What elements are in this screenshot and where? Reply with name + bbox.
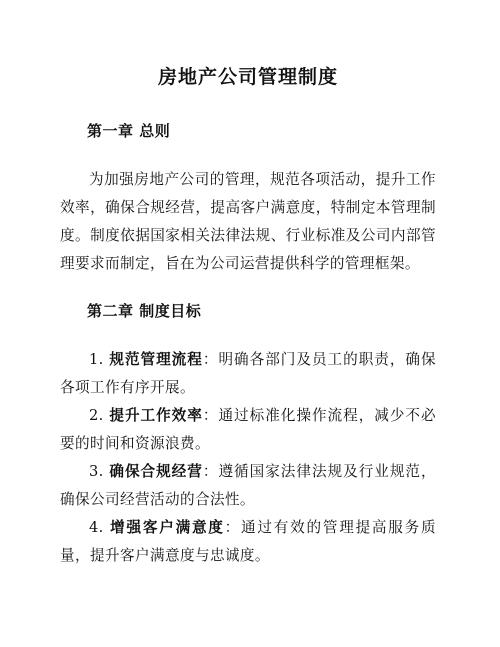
- goal-separator: ：: [203, 407, 219, 424]
- goal-label: 确保合规经营: [109, 463, 203, 480]
- goal-item-3: 3. 确保合规经营：遵循国家法律法规及行业规范，确保公司经营活动的合法性。: [60, 458, 436, 514]
- goal-number: 2.: [89, 407, 109, 424]
- document-title: 房地产公司管理制度: [60, 62, 436, 89]
- chapter-1-paragraph: 为加强房地产公司的管理，规范各项活动，提升工作效率，确保合规经营，提高客户满意度…: [60, 166, 436, 278]
- goal-item-2: 2. 提升工作效率：通过标准化操作流程，减少不必要的时间和资源浪费。: [60, 402, 436, 458]
- goal-separator: ：: [203, 351, 219, 368]
- goal-label: 规范管理流程: [109, 351, 203, 368]
- goal-item-1: 1. 规范管理流程：明确各部门及员工的职责，确保各项工作有序开展。: [60, 346, 436, 402]
- goal-label: 增强客户满意度: [110, 519, 225, 536]
- goal-item-4: 4. 增强客户满意度：通过有效的管理提高服务质量，提升客户满意度与忠诚度。: [60, 514, 436, 570]
- goal-separator: ：: [225, 519, 241, 536]
- goal-separator: ：: [203, 463, 219, 480]
- goal-number: 1.: [89, 351, 109, 368]
- chapter-2-heading: 第二章 制度目标: [87, 300, 201, 321]
- chapter-1-heading: 第一章 总则: [87, 120, 170, 141]
- goal-number: 3.: [89, 463, 109, 480]
- goal-number: 4.: [89, 519, 110, 536]
- goal-label: 提升工作效率: [109, 407, 203, 424]
